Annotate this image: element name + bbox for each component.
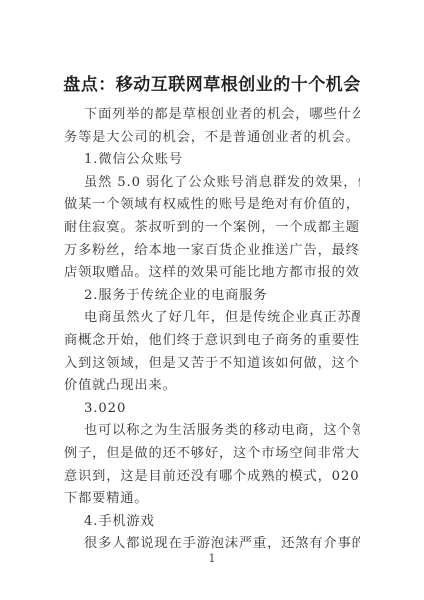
text-line: 耐住寂寞。茶叔听到的一个案例，一个成都主题的公众账号号，1 xyxy=(64,217,360,240)
text-line: 1.微信公众账号 xyxy=(64,149,360,172)
text-line: 意识到，这是目前还没有哪个成熟的模式，020 太复杂，线上与线 xyxy=(64,466,360,489)
text-line: 店领取赠品。这样的效果可能比地方都市报的效果都还要好。 xyxy=(64,262,360,285)
text-line: 商概念开始，他们终于意识到电子商务的重要性，于是开始大笔投 xyxy=(64,330,360,353)
page-number: 1 xyxy=(0,552,424,565)
text-line: 下面列举的都是草根创业者的机会，哪些什么手机视频、云服 xyxy=(64,104,360,127)
text-line: 也可以称之为生活服务类的移动电商，这个领域大众点评是个 xyxy=(64,420,360,443)
document-page: 盘点：移动互联网草根创业的十个机会 下面列举的都是草根创业者的机会，哪些什么手机… xyxy=(0,0,424,600)
text-line: 虽然 5.0 弱化了公众账号消息群发的效果，但是茶叔还是认为 xyxy=(64,172,360,195)
text-line: 2.服务于传统企业的电商服务 xyxy=(64,285,360,308)
text-line: 电商虽然火了好几年，但是传统企业真正苏醒可能要从苏宁云 xyxy=(64,307,360,330)
text-line: 下都要精通。 xyxy=(64,488,360,511)
document-title: 盘点：移动互联网草根创业的十个机会 xyxy=(0,70,424,95)
text-line: 例子，但是做的还不够好，这个市场空间非常大，用户和商家逐渐 xyxy=(64,443,360,466)
text-line: 入到这领域，但是又苦于不知道该如何做，这个时候第三方服务的 xyxy=(64,353,360,376)
text-line: 价值就凸现出来。 xyxy=(64,375,360,398)
document-body: 下面列举的都是草根创业者的机会，哪些什么手机视频、云服务等是大公司的机会，不是普… xyxy=(64,104,360,556)
text-line: 4.手机游戏 xyxy=(64,511,360,534)
text-line: 做某一个领域有权威性的账号是绝对有价值的，关键看你是否能够 xyxy=(64,194,360,217)
text-line: 3.020 xyxy=(64,398,360,421)
text-line: 万多粉丝，给本地一家百货企业推送广告，最终带来 1000 多人的到 xyxy=(64,240,360,263)
text-line: 务等是大公司的机会，不是普通创业者的机会。 xyxy=(64,127,360,150)
